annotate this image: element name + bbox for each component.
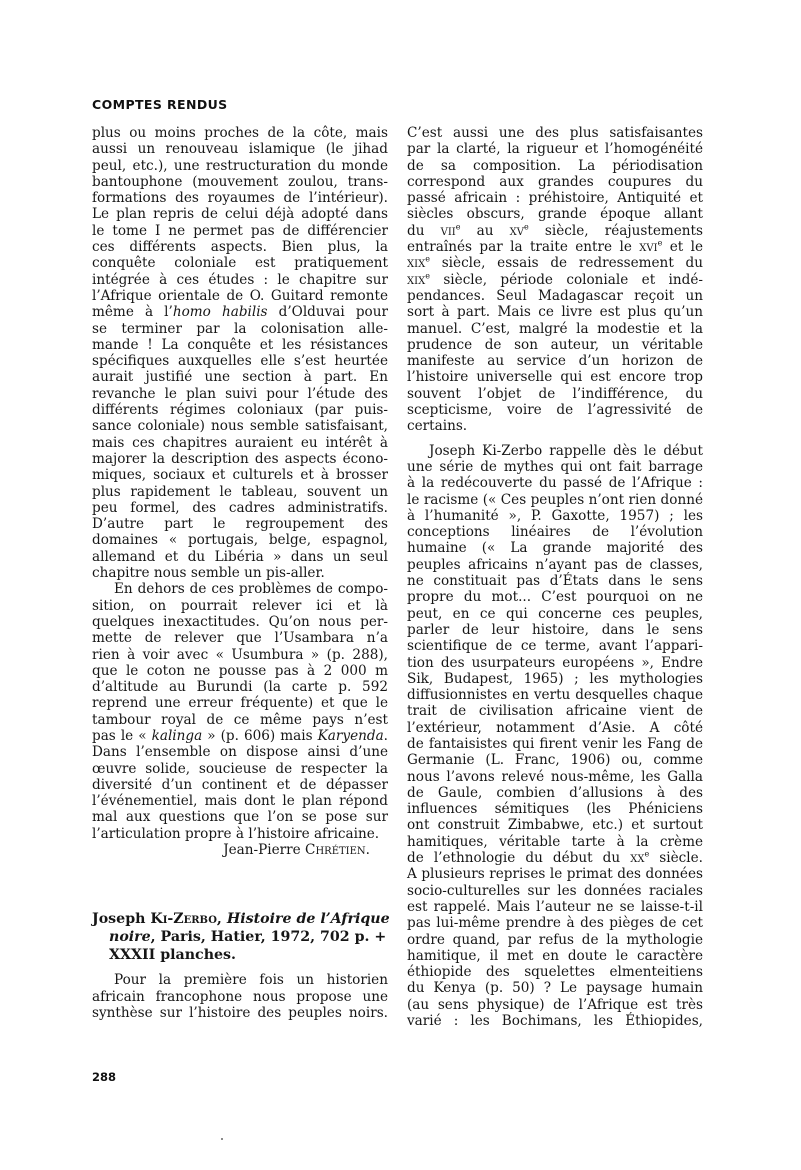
text-line: synthèse sur l’histoire des peuples noir…	[92, 1005, 388, 1021]
running-head: COMPTES RENDUS	[92, 97, 228, 112]
text-run: siècle.	[649, 850, 703, 866]
paragraph-mythes: Joseph Ki-Zerbo rappelle dès le début un…	[407, 443, 703, 1030]
text-line: œuvre solide, soucieuse de respecter la	[92, 761, 388, 777]
text-line: scientifique de ce terme, avant l’appari…	[407, 638, 703, 654]
text-line: siècles obscurs, grande époque allant	[407, 206, 703, 222]
ref-publication: , Paris, Hatier, 1972, 702 p. +	[151, 929, 387, 945]
text-line: diversité d’un continent et de dépasser	[92, 777, 388, 793]
text-run: de l’ethnologie du début du	[407, 850, 630, 866]
text-run: » (p. 606) mais	[202, 728, 317, 744]
text-line: formations des royaumes de l’intérieur).	[92, 190, 388, 206]
roman-century: vii	[441, 223, 456, 239]
text-line: D’autre part le regroupement des	[92, 516, 388, 532]
text-line-centuries: xixe siècle, période coloniale et indé-	[407, 272, 703, 288]
text-line: manuel. C’est, malgré la modestie et la	[407, 321, 703, 337]
text-run: et le	[662, 239, 703, 255]
paragraph-intro: Pour la première fois un historien afric…	[92, 972, 388, 1021]
text-line: sance coloniale) nous semble satisfaisan…	[92, 418, 388, 434]
text-line: pas lui-même prendre à des pièges de cet	[407, 915, 703, 931]
italic-term: homo habilis	[173, 304, 268, 320]
text-line: mal aux questions que l’on se pose sur	[92, 809, 388, 825]
text-line: africain francophone nous propose une	[92, 989, 388, 1005]
text-line: l’histoire universelle qui est encore tr…	[407, 369, 703, 385]
text-line: mette de relever que l’Usambara n’a	[92, 630, 388, 646]
roman-century: xv	[510, 223, 524, 239]
text-line: revanche le plan suivi pour l’étude des	[92, 386, 388, 402]
text-line: sort à part. Mais ce livre est plus qu’u…	[407, 304, 703, 320]
text-line: peu formel, des cadres administratifs.	[92, 500, 388, 516]
text-line: l’articulation propre à l’histoire afric…	[92, 826, 388, 842]
ref-line-2: noire, Paris, Hatier, 1972, 702 p. +	[92, 928, 388, 946]
text-line: Pour la première fois un historien	[92, 972, 388, 988]
text-line: de Gaule, combien d’allusions à des	[407, 785, 703, 801]
text-line: allemand et du Libéria » dans un seul	[92, 549, 388, 565]
text-line: ordre quand, par refus de la mythologie	[407, 932, 703, 948]
text-line: majorer la description des aspects écono…	[92, 451, 388, 467]
text-line: plus rapidement le tableau, souvent un	[92, 484, 388, 500]
text-line: souvent l’objet de l’indifférence, du	[407, 386, 703, 402]
spacer	[92, 964, 388, 972]
roman-century: xvi	[639, 239, 657, 255]
text-line: Joseph Ki-Zerbo rappelle dès le début	[407, 443, 703, 459]
right-column: C’est aussi une des plus satisfaisantes …	[407, 125, 703, 1029]
text-line: (au sens physique) de l’Afrique est très	[407, 997, 703, 1013]
text-line-centuries: xixe siècle, essais de redressement du	[407, 255, 703, 271]
italic-term: kalinga	[152, 728, 203, 744]
text-line-kalinga: pas le « kalinga » (p. 606) mais Karyend…	[92, 728, 388, 744]
text-line: pendances. Seul Madagascar reçoit un	[407, 288, 703, 304]
text-line: trait de civilisation africaine vient de	[407, 703, 703, 719]
ref-author-last: Ki-Zerbo	[150, 911, 217, 927]
text-line: parler de leur histoire, dans le sens	[407, 622, 703, 638]
text-line: Sik, Budapest, 1965) ; les mythologies	[407, 671, 703, 687]
text-run: .	[366, 842, 370, 858]
text-line: l’extérieur, notamment d’Asie. A côté	[407, 720, 703, 736]
text-line: manifeste au service d’un horizon de	[407, 353, 703, 369]
text-line-centuries: du viie au xve siècle, réajustements	[407, 223, 703, 239]
text-line: Germanie (L. Franc, 1906) ou, comme	[407, 752, 703, 768]
text-line: du Kenya (p. 50) ? Le paysage humain	[407, 980, 703, 996]
text-line: En dehors de ces problèmes de compo-	[92, 581, 388, 597]
text-line: mande ! La conquête et les résistances	[92, 337, 388, 353]
text-line: varié : les Bochimans, les Éthiopides,	[407, 1013, 703, 1029]
reviewer-first-name: Jean-Pierre	[223, 842, 305, 858]
text-line-homo-habilis: même à l’homo habilis d’Olduvai pour	[92, 304, 388, 320]
section-spacer	[92, 858, 388, 910]
left-column: plus ou moins proches de la côte, mais a…	[92, 125, 388, 1021]
text-run: ,	[217, 911, 227, 927]
text-run: au	[460, 223, 509, 239]
text-line: humaine (« La grande majorité des	[407, 540, 703, 556]
text-run: siècle, période coloniale et indé-	[430, 272, 703, 288]
text-run: même à l’	[92, 304, 173, 320]
text-line: ne constituait pas d’États dans le sens	[407, 573, 703, 589]
text-line: propre du mot... C’est pourquoi on ne	[407, 589, 703, 605]
text-run: siècle, réajustements	[529, 223, 703, 239]
text-line: socio-culturelles sur les données racial…	[407, 883, 703, 899]
text-line: certains.	[407, 418, 703, 434]
paragraph-plan-critique: plus ou moins proches de la côte, mais a…	[92, 125, 388, 581]
text-line: C’est aussi une des plus satisfaisantes	[407, 125, 703, 141]
text-line: prudence de son auteur, un véritable	[407, 337, 703, 353]
text-line: une série de mythes qui ont fait barrage	[407, 459, 703, 475]
text-line: l’événementiel, mais dont le plan répond	[92, 793, 388, 809]
text-line: ont construit Zimbabwe, etc.) et surtout	[407, 817, 703, 833]
text-line: peul, etc.), une restructuration du mond…	[92, 158, 388, 174]
spacer	[407, 435, 703, 443]
text-line: que le coton ne pousse pas à 2 000 m	[92, 663, 388, 679]
ref-line-3: XXXII planches.	[92, 946, 388, 964]
text-line: Le plan repris de celui déjà adopté dans	[92, 206, 388, 222]
page-number: 288	[92, 1070, 116, 1084]
text-line: mais ces chapitres auraient eu intérêt à	[92, 435, 388, 451]
text-line: miques, sociaux et culturels et à brosse…	[92, 467, 388, 483]
text-line: aurait justifié une section à part. En	[92, 369, 388, 385]
reviewer-signature: Jean-Pierre Chrétien.	[92, 842, 388, 858]
text-line: tambour royal de ce même pays n’est	[92, 712, 388, 728]
text-line: le racisme (« Ces peuples n’ont rien don…	[407, 492, 703, 508]
text-line: par la clarté, la rigueur et l’homogénéi…	[407, 141, 703, 157]
scan-speck	[221, 1138, 223, 1140]
text-run: pas le «	[92, 728, 152, 744]
text-run: d’Olduvai pour	[268, 304, 388, 320]
text-line: quelques inexactitudes. Qu’on nous per-	[92, 614, 388, 630]
text-line: d’altitude au Burundi (la carte p. 592	[92, 679, 388, 695]
text-line: plus ou moins proches de la côte, mais	[92, 125, 388, 141]
italic-term: Karyenda	[318, 728, 384, 744]
text-line: hamitiques, véritable tarte à la crème	[407, 834, 703, 850]
text-line: domaines « portugais, belge, espagnol,	[92, 532, 388, 548]
text-run: du	[407, 223, 441, 239]
review-bibliographic-reference: Joseph Ki-Zerbo, Histoire de l’Afrique n…	[92, 910, 388, 964]
text-line: tion des usurpateurs européens », Endre	[407, 655, 703, 671]
text-line: spécifiques auxquelles elle s’est heurté…	[92, 353, 388, 369]
text-line: A plusieurs reprises le primat des donné…	[407, 866, 703, 882]
text-line: éthiopide des squelettes elmenteitiens	[407, 964, 703, 980]
text-line-centuries: entraînés par la traite entre le xvie et…	[407, 239, 703, 255]
text-line: passé africain : préhistoire, Antiquité …	[407, 190, 703, 206]
ref-title: Histoire de l’Afrique	[227, 911, 390, 927]
text-line: aussi un renouveau islamique (le jihad	[92, 141, 388, 157]
document-page: COMPTES RENDUS plus ou moins proches de …	[0, 0, 801, 1170]
roman-century: xx	[630, 850, 644, 866]
text-line: de sa composition. La périodisation	[407, 158, 703, 174]
text-line: chapitre nous semble un pis-aller.	[92, 565, 388, 581]
text-line: l’Afrique orientale de O. Guitard remont…	[92, 288, 388, 304]
text-line: intégrée à ces études : le chapitre sur	[92, 272, 388, 288]
text-run: siècle, essais de redressement du	[430, 255, 703, 271]
text-line: hamitique, il met en doute le caractère	[407, 948, 703, 964]
ref-title: noire	[109, 929, 151, 945]
text-line: de fantaisistes qui firent venir les Fan…	[407, 736, 703, 752]
text-line-centuries: de l’ethnologie du début du xxe siècle.	[407, 850, 703, 866]
text-line: conquête coloniale est pratiquement	[92, 255, 388, 271]
text-line: se terminer par la colonisation alle-	[92, 321, 388, 337]
ref-line-1: Joseph Ki-Zerbo, Histoire de l’Afrique	[92, 910, 388, 928]
text-line: correspond aux grandes coupures du	[407, 174, 703, 190]
text-run: entraînés par la traite entre le	[407, 239, 639, 255]
paragraph-periodisation: C’est aussi une des plus satisfaisantes …	[407, 125, 703, 435]
text-line: à l’humanité », P. Gaxotte, 1957) ; les	[407, 508, 703, 524]
text-line: le tome I ne permet pas de différencier	[92, 223, 388, 239]
text-line: Dans l’ensemble on dispose ainsi d’une	[92, 744, 388, 760]
text-run: .	[384, 728, 388, 744]
paragraph-inexactitudes: En dehors de ces problèmes de compo- sit…	[92, 581, 388, 842]
text-line: peuples africains n’ayant pas de classes…	[407, 557, 703, 573]
text-line: diffusionnistes en vertu desquelles chaq…	[407, 687, 703, 703]
reviewer-last-name: Chrétien	[305, 842, 366, 858]
roman-century: xix	[407, 255, 425, 271]
text-line: à la redécouverte du passé de l’Afrique …	[407, 475, 703, 491]
text-line: reprend une erreur fréquente) et que le	[92, 695, 388, 711]
text-line: sition, on pourrait relever ici et là	[92, 598, 388, 614]
text-line: ces différents aspects. Bien plus, la	[92, 239, 388, 255]
text-line: peut, en ce qui concerne ces peuples,	[407, 606, 703, 622]
text-line: est rappelé. Mais l’auteur ne se laisse-…	[407, 899, 703, 915]
text-line: conceptions linéaires de l’évolution	[407, 524, 703, 540]
roman-century: xix	[407, 272, 425, 288]
ref-author-first: Joseph	[92, 911, 150, 927]
text-line: scepticisme, voire de l’agressivité de	[407, 402, 703, 418]
text-line: rien à voir avec « Usumbura » (p. 288),	[92, 647, 388, 663]
text-line: différents régimes coloniaux (par puis-	[92, 402, 388, 418]
text-line: influences sémitiques (les Phéniciens	[407, 801, 703, 817]
text-line: nous l’avons relevé nous-même, les Galla	[407, 769, 703, 785]
text-line: bantouphone (mouvement zoulou, trans-	[92, 174, 388, 190]
